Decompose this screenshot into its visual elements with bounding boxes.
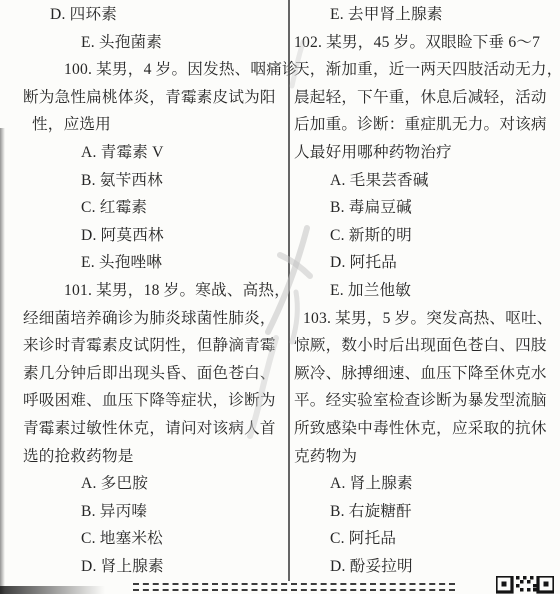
text-line: E. 加兰他敏 [294, 277, 558, 305]
text-line: C. 阿托品 [294, 525, 558, 553]
text-line: E. 头孢菌素 [23, 29, 286, 57]
qr-code-icon [496, 576, 554, 594]
text-line: 天，渐加重，近一两天四肢活动无力， [294, 56, 558, 84]
text-line: A. 毛果芸香碱 [294, 167, 558, 195]
text-line: B. 氨苄西林 [23, 167, 286, 195]
text-line: D. 阿托品 [294, 249, 558, 277]
text-line: E. 头孢唑啉 [23, 249, 286, 277]
text-line: 平。经实验室检查诊断为暴发型流脑 [294, 387, 558, 415]
text-line: B. 毒扁豆碱 [294, 194, 558, 222]
column-right: E. 去甲肾上腺素102. 某男，45 岁。双眼睑下垂 6～7天，渐加重，近一两… [294, 1, 558, 580]
text-line: 103. 某男，5 岁。突发高热、呕吐、 [294, 305, 558, 333]
text-line: A. 肾上腺素 [294, 470, 558, 498]
text-line: C. 地塞米松 [23, 525, 286, 553]
text-line: 晨起轻，下午重，休息后减轻，活动 [294, 84, 558, 112]
text-line: 后加重。诊断：重症肌无力。对该病 [294, 111, 558, 139]
text-line: 人最好用哪种药物治疗 [294, 139, 558, 167]
text-line: 选的抢救药物是 [23, 443, 286, 471]
text-line: B. 右旋糖酐 [294, 498, 558, 526]
text-line: 呼吸困难、血压下降等症状，诊断为 [23, 387, 286, 415]
text-line: D. 肾上腺素 [23, 553, 286, 581]
text-line: D. 阿莫西林 [23, 222, 286, 250]
text-line: 所致感染中毒性休克，应采取的抗休 [294, 415, 558, 443]
text-line: 来诊时青霉素皮试阴性，但静滴青霉 [23, 332, 286, 360]
text-line: 克药物为 [294, 443, 558, 471]
text-line: B. 异丙嗪 [23, 498, 286, 526]
text-line: A. 青霉素 V [23, 139, 286, 167]
text-line: 断为急性扁桃体炎，青霉素皮试为阳 [23, 84, 286, 112]
text-line: 100. 某男，4 岁。因发热、咽痛诊 [23, 56, 286, 84]
scan-edge-shadow [0, 128, 5, 594]
scan-corner-smudge [0, 586, 105, 594]
column-divider [288, 0, 290, 581]
text-line: 厥冷、脉搏细速、血压下降至休克水 [294, 360, 558, 388]
text-line: 102. 某男，45 岁。双眼睑下垂 6～7 [294, 29, 558, 57]
text-line: E. 去甲肾上腺素 [294, 1, 558, 29]
bottom-dashed-separator [133, 583, 455, 591]
text-line: A. 多巴胺 [23, 470, 286, 498]
text-line: 性，应选用 [23, 111, 286, 139]
text-line: 经细菌培养确诊为肺炎球菌性肺炎， [23, 305, 286, 333]
text-line: 青霉素过敏性休克，请问对该病人首 [23, 415, 286, 443]
exam-page: D. 四环素E. 头孢菌素100. 某男，4 岁。因发热、咽痛诊断为急性扁桃体炎… [0, 0, 560, 594]
text-line: 101. 某男，18 岁。寒战、高热， [23, 277, 286, 305]
text-line: C. 新斯的明 [294, 222, 558, 250]
column-left: D. 四环素E. 头孢菌素100. 某男，4 岁。因发热、咽痛诊断为急性扁桃体炎… [23, 1, 286, 580]
text-line: 惊厥，数小时后出现面色苍白、四肢 [294, 332, 558, 360]
text-line: 素几分钟后即出现头昏、面色苍白、 [23, 360, 286, 388]
text-line: C. 红霉素 [23, 194, 286, 222]
text-line: D. 四环素 [23, 1, 286, 29]
